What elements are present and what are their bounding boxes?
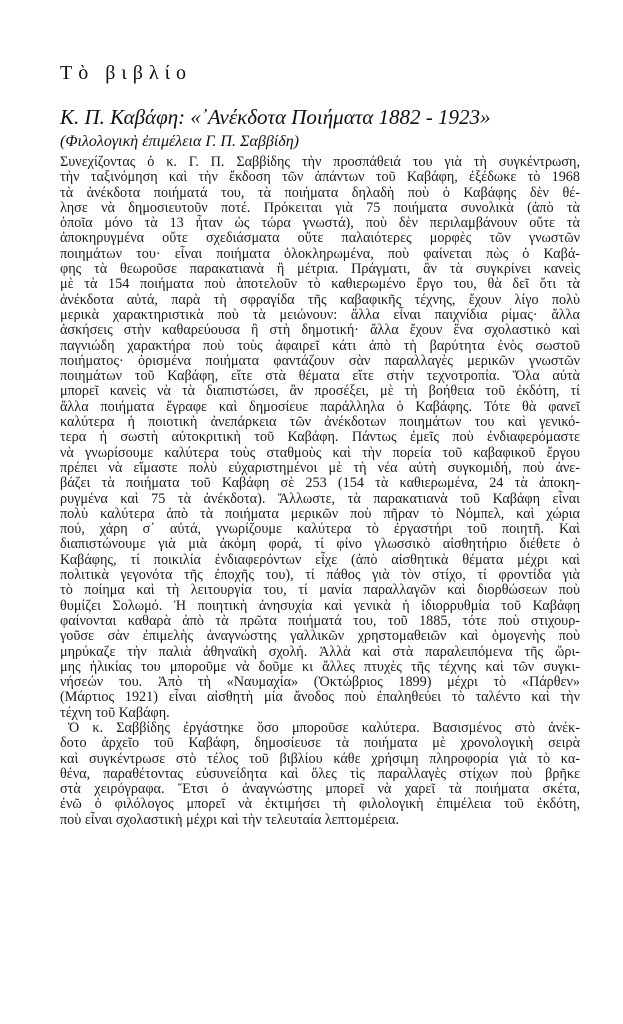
paragraph-line: πού, χάρη σ᾿ αὐτά, γνωρίζουμε καλύτερα τ…: [60, 522, 580, 537]
paragraph-line: Ὁ κ. Σαββίδης ἐργάστηκε ὅσο μποροῦσε καλ…: [60, 721, 580, 736]
paragraph-line: μηρύκαζε τὴν παλιὰ ἀθηναϊκὴ σχολή. Ἀλλὰ …: [60, 645, 580, 660]
paragraph-line: Συνεχίζοντας ὁ κ. Γ. Π. Σαββίδης τὴν προ…: [60, 155, 580, 170]
paragraph-line: φαίνονται καθαρὰ ἀπὸ τὰ πρῶτα ποιήματά τ…: [60, 614, 580, 629]
paragraph-line: (Μάρτιος 1921) εἶναι αἰσθητὴ μία ἄνοδος …: [60, 690, 580, 705]
paragraph-line: ποιημάτων του· εἶναι ποιήματα ὁλοκληρωμέ…: [60, 247, 580, 262]
book-title: Κ. Π. Καβάφη: «᾿Ανέκδοτα Ποιήματα 1882 -…: [60, 105, 491, 130]
paragraph-line: πρέπει νὰ εἴμαστε πολὺ εὐχαριστημένοι μὲ…: [60, 461, 580, 476]
paragraph-line: θυμίζει Σολωμό. Ἡ ποιητικὴ ἀνησυχία καὶ …: [60, 599, 580, 614]
paragraph-line: τέχνη τοῦ Καβάφη.: [60, 706, 580, 721]
paragraph-line: τερα ἡ σωστὴ αὐτοκριτικὴ τοῦ Καβάφη. Πάν…: [60, 430, 580, 445]
paragraph-line: δοτο ἀρχεῖο τοῦ Καβάφη, δημοσίευσε τὰ πο…: [60, 736, 580, 751]
paragraph-line: μερικὰ χαρακτηριστικὰ ποὺ τὰ μειώνουν: ἄ…: [60, 308, 580, 323]
paragraph-line: λησε νὰ δημοσιευτοῦν ποτέ. Πρόκειται γιὰ…: [60, 201, 580, 216]
paragraph-line: ὁποῖα μόνο τὰ 13 ἦταν ὡς τώρα γνωστά), π…: [60, 216, 580, 231]
paragraph-line: θένα, παραθέτοντας εὐσυνείδητα καὶ ὅλες …: [60, 767, 580, 782]
paragraph-line: νὰ γνωρίσουμε καλύτερα τοὺς σταθμοὺς καὶ…: [60, 446, 580, 461]
paragraph-line: καὶ συγκέντρωσε στὸ τέλος τοῦ βιβλίου κά…: [60, 752, 580, 767]
paragraph-line: τὴν ταξινόμηση καὶ τὴν ἔκδοση τῶν ἀπάντω…: [60, 170, 580, 185]
paragraph-line: ἐνῶ ὁ φιλόλογος μπορεῖ νὰ ἐκτιμήσει τὴ φ…: [60, 797, 580, 812]
paragraph-line: μης ἡλικίας του μποροῦμε νὰ δοῦμε κι ἄλλ…: [60, 660, 580, 675]
section-title: Τὸ βιβλίο: [60, 62, 192, 85]
paragraph-line: Καβάφης, τί ποικιλία ἐνδιαφερόντων εἶχε …: [60, 553, 580, 568]
paragraph-line: τὰ ἀνέκδοτα ποιήματά του, τὰ ποιήματα δη…: [60, 186, 580, 201]
paragraph-line: νήσεών του. Ἀπὸ τὴ «Ναυμαχία» (Ὀκτώβριος…: [60, 675, 580, 690]
review-body: Συνεχίζοντας ὁ κ. Γ. Π. Σαββίδης τὴν προ…: [60, 155, 580, 828]
paragraph-line: ποιημάτων τοῦ Καβάφη, εἴτε στὰ θέματα εἴ…: [60, 369, 580, 384]
paragraph-line: ποιήματος· ὁρισμένα ποιήματα φαντάζουν σ…: [60, 354, 580, 369]
paragraph-line: τὸ ποίημα καὶ τὴ λειτουργία του, τί μανί…: [60, 583, 580, 598]
paragraph-line: παγνιώδη χαρακτήρα ποὺ τοὺς ἀφαιρεῖ κάτι…: [60, 339, 580, 354]
paragraph-line: πολὺ καλύτερα ἀπὸ τὰ ποιήματα μερικῶν πο…: [60, 507, 580, 522]
paragraph-line: ἀποκηρυγμένα οὔτε σχεδιάσματα οὔτε παλαι…: [60, 231, 580, 246]
paragraph-line: γοῦσε σὰν ἐπιμελὴς ἀναγνώστης γαλλικῶν χ…: [60, 629, 580, 644]
paragraph-line: στὰ χειρόγραφα. Ἔτσι ὁ ἀναγνώστης μπορεῖ…: [60, 782, 580, 797]
paragraph-line: ἀσκήσεις στὴν καθαρεύουσα ἢ στὴ δημοτική…: [60, 323, 580, 338]
paragraph-line: φης τὰ θεωροῦσε παρακατιανὰ ἢ μέτρια. Πρ…: [60, 262, 580, 277]
paragraph-line: πολιτικὰ γεγονότα τῆς ἐποχῆς του), τί πά…: [60, 568, 580, 583]
paragraph-line: καλύτερα ἡ ποιοτικὴ ἀνεπάρκεια τῶν ἀνέκδ…: [60, 415, 580, 430]
paragraph-line: ρυγμένα καὶ 75 τὰ ἀνέκδοτα). Ἄλλωστε, τὰ…: [60, 492, 580, 507]
book-subtitle: (Φιλολογικὴ ἐπιμέλεια Γ. Π. Σαββίδη): [60, 133, 299, 151]
paragraph-line: μὲ τὰ 154 ποιήματα ποὺ ἀποτελοῦν τὸ καθι…: [60, 277, 580, 292]
paragraph-line: μπορεῖ κανεὶς νὰ τὰ διαπιστώσει, ἂν προσ…: [60, 384, 580, 399]
paragraph-line: διαπιστώνουμε γιὰ μιὰ ἀκόμη φορά, τί φίν…: [60, 537, 580, 552]
paragraph-line: ἀνέκδοτα αὐτά, παρὰ τὴ σφραγίδα τῆς καβα…: [60, 293, 580, 308]
paragraph-line: ποὺ εἶναι σχολαστικὴ μέχρι καὶ τὴν τελευ…: [60, 813, 580, 828]
paragraph-line: ἄλλα ποιήματα ἔγραφε καὶ δημοσίευε παράλ…: [60, 400, 580, 415]
paragraph-line: βάζει τὰ ποιήματα τοῦ Καβάφη σὲ 253 (154…: [60, 476, 580, 491]
